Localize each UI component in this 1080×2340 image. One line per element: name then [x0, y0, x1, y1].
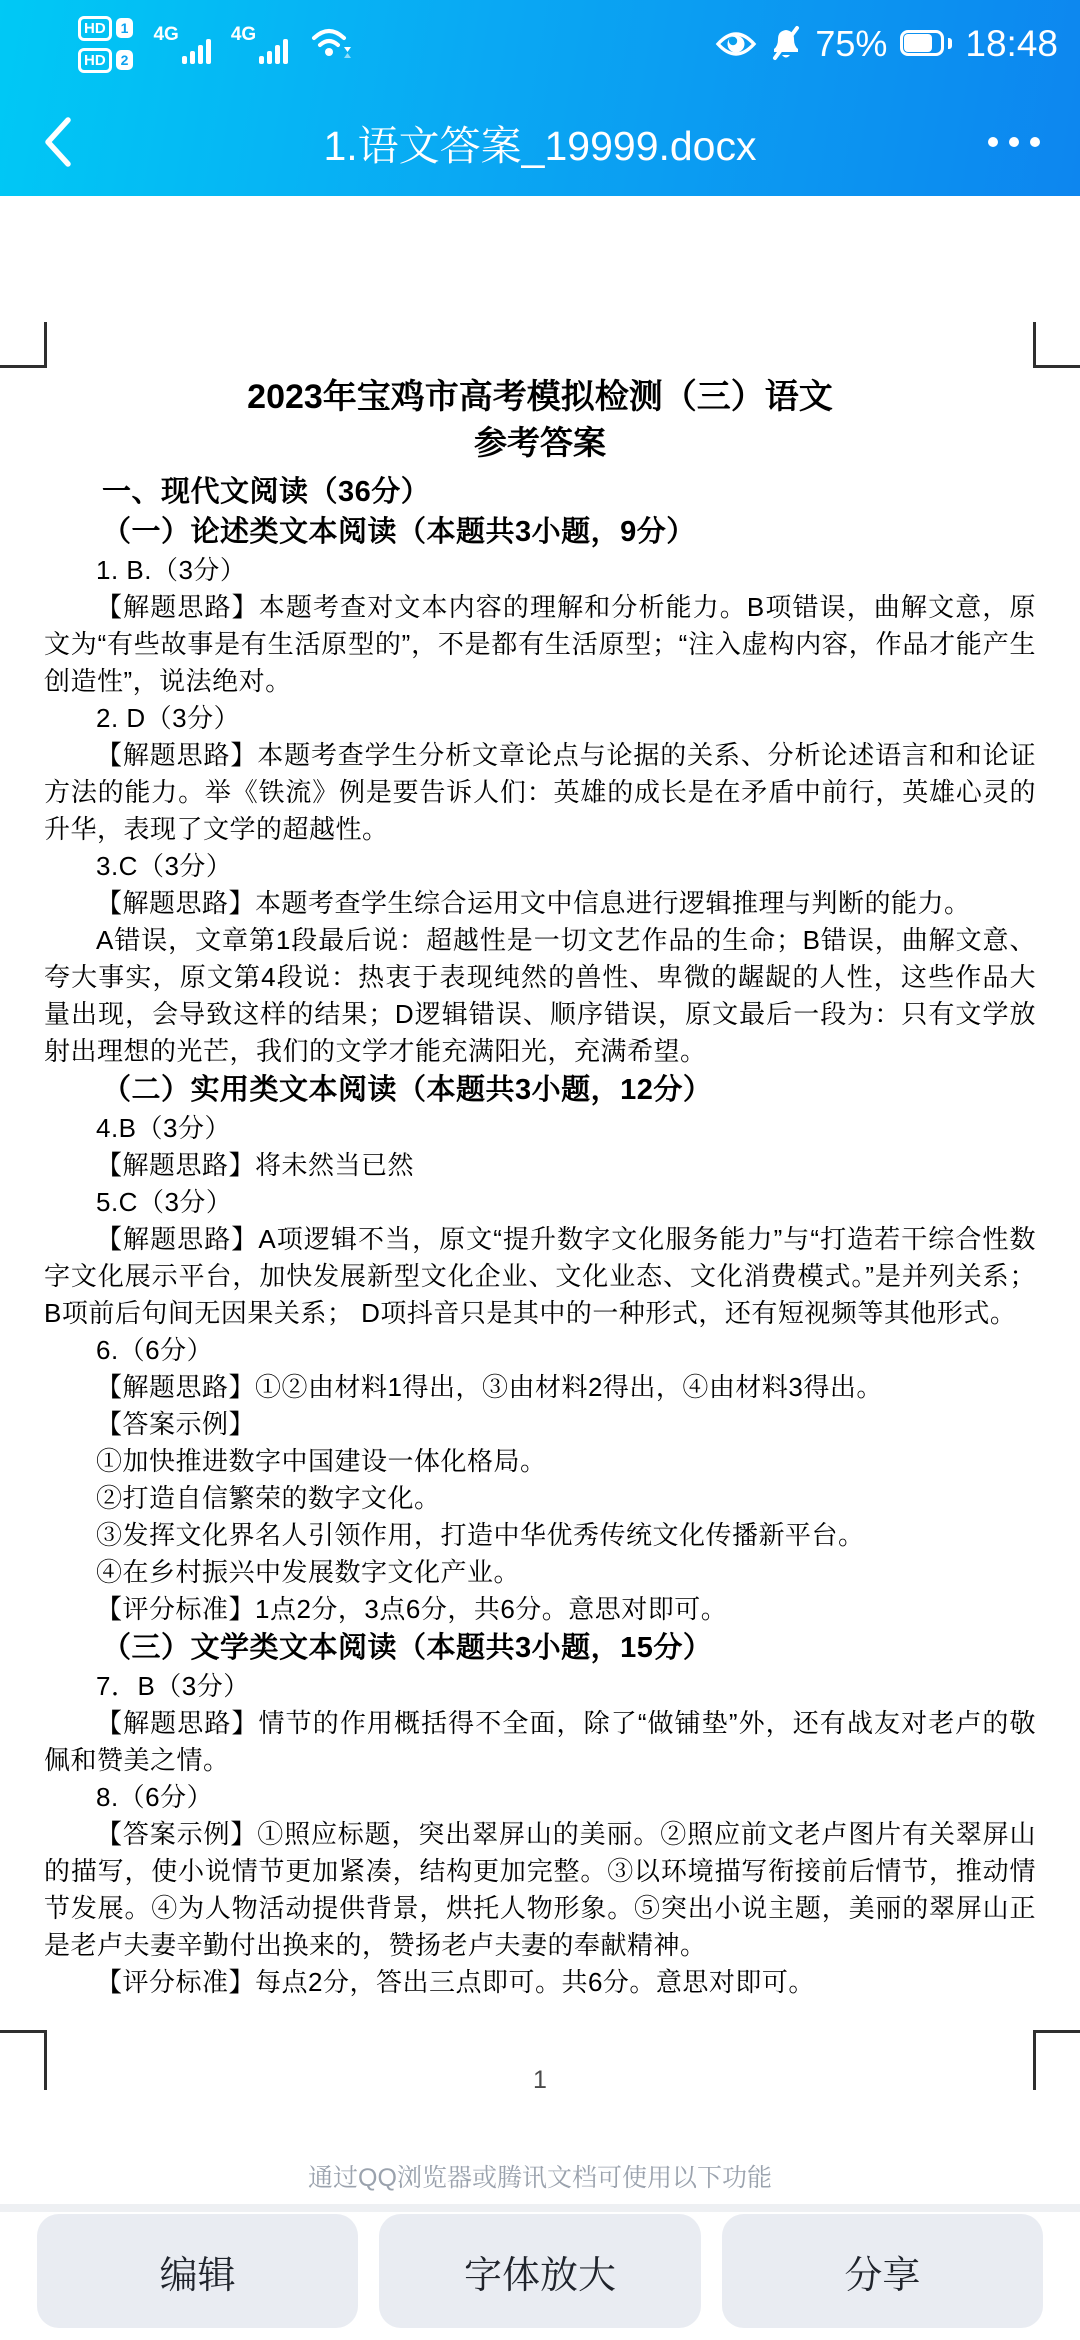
hd-volte-badges: HD 1 HD 2 — [78, 16, 133, 73]
doc-paragraph: ②打造自信繁荣的数字文化。 — [44, 1480, 1036, 1517]
status-left-cluster: HD 1 HD 2 4G 4G — [78, 16, 354, 73]
doc-subtitle: 参考答案 — [44, 420, 1036, 466]
doc-paragraph: A错误，文章第1段最后说：超越性是一切文艺作品的生命；B错误，曲解文意、夸大事实… — [44, 922, 1036, 1070]
notifications-off-icon — [766, 25, 806, 63]
hd2-badge: HD 2 — [78, 48, 133, 73]
doc-paragraph: ③发挥文化界名人引领作用，打造中华优秀传统文化传播新平台。 — [44, 1517, 1036, 1554]
doc-paragraph: 7．B（3分） — [44, 1668, 1036, 1705]
page-corner-mark-top-right — [1033, 322, 1036, 368]
doc-paragraph: 6.（6分） — [44, 1332, 1036, 1369]
back-button[interactable] — [40, 107, 100, 177]
page-corner-mark-top-right — [1033, 365, 1080, 368]
signal-sim1: 4G — [153, 24, 210, 64]
doc-paragraph: （二）实用类文本阅读（本题共3小题，12分） — [44, 1070, 1036, 1110]
status-time: 18:48 — [965, 23, 1058, 65]
document-title-bar: 1.语文答案_19999.docx — [120, 113, 960, 172]
app-header: HD 1 HD 2 4G 4G — [0, 0, 1080, 196]
hd-icon: HD — [78, 48, 112, 73]
more-options-button[interactable] — [988, 107, 1040, 177]
page-corner-mark-top-left — [0, 365, 47, 368]
doc-paragraph: 【答案示例】①照应标题，突出翠屏山的美丽。②照应前文老卢图片有关翠屏山的描写，使… — [44, 1816, 1036, 1964]
signal-bars-icon — [259, 39, 288, 64]
footer-hint-text: 通过QQ浏览器或腾讯文档可使用以下功能 — [0, 2158, 1080, 2194]
doc-paragraph: 【解题思路】本题考查对文本内容的理解和分析能力。B项错误，曲解文意，原文为“有些… — [44, 589, 1036, 700]
page-corner-mark-top-left — [44, 322, 47, 368]
network-type-label: 4G — [231, 24, 256, 46]
share-button[interactable]: 分享 — [722, 2214, 1043, 2328]
doc-paragraph: 【解题思路】本题考查学生综合运用文中信息进行逻辑推理与判断的能力。 — [44, 885, 1036, 922]
hd-icon: HD — [78, 16, 112, 41]
nav-bar: 1.语文答案_19999.docx — [0, 88, 1080, 196]
doc-paragraph: 5.C（3分） — [44, 1184, 1036, 1221]
sim1-number: 1 — [116, 18, 134, 38]
doc-paragraph: 1. B.（3分） — [44, 552, 1036, 589]
doc-paragraph: （一）论述类文本阅读（本题共3小题，9分） — [44, 512, 1036, 552]
doc-paragraph: 【评分标准】1点2分，3点6分，共6分。意思对即可。 — [44, 1591, 1036, 1628]
ellipsis-icon — [988, 137, 998, 147]
hd1-badge: HD 1 — [78, 16, 133, 41]
doc-paragraph: 3.C（3分） — [44, 848, 1036, 885]
doc-paragraph: ④在乡村振兴中发展数字文化产业。 — [44, 1554, 1036, 1591]
doc-paragraph: 【解题思路】本题考查学生分析文章论点与论据的关系、分析论述语言和和论证方法的能力… — [44, 737, 1036, 848]
battery-percent: 75% — [815, 23, 887, 65]
doc-paragraph: （三）文学类文本阅读（本题共3小题，15分） — [44, 1628, 1036, 1668]
bottom-action-bar: 编辑 字体放大 分享 — [0, 2212, 1080, 2340]
doc-title: 2023年宝鸡市高考模拟检测（三）语文 — [44, 374, 1036, 420]
edit-button[interactable]: 编辑 — [37, 2214, 358, 2328]
signal-sim2: 4G — [231, 24, 288, 64]
doc-paragraph: 【解题思路】将未然当已然 — [44, 1147, 1036, 1184]
eye-comfort-icon — [715, 27, 757, 61]
doc-paragraph: 一、现代文阅读（36分） — [44, 472, 1036, 512]
doc-paragraph: 【评分标准】每点2分，答出三点即可。共6分。意思对即可。 — [44, 1964, 1036, 2001]
doc-paragraph: 【答案示例】 — [44, 1406, 1036, 1443]
font-zoom-button[interactable]: 字体放大 — [379, 2214, 700, 2328]
page-corner-mark-bottom-left — [0, 2030, 47, 2033]
doc-paragraph: 【解题思路】①②由材料1得出，③由材料2得出，④由材料3得出。 — [44, 1369, 1036, 1406]
phone-screen: HD 1 HD 2 4G 4G — [0, 0, 1080, 2340]
chevron-left-icon — [40, 115, 74, 169]
wifi-icon — [310, 25, 354, 61]
doc-paragraph: 4.B（3分） — [44, 1110, 1036, 1147]
doc-paragraph: 2. D（3分） — [44, 700, 1036, 737]
footer-divider — [0, 2204, 1080, 2212]
page-corner-mark-bottom-right — [1033, 2030, 1080, 2033]
signal-bars-icon — [182, 39, 211, 64]
document-page[interactable]: 2023年宝鸡市高考模拟检测（三）语文 参考答案 一、现代文阅读（36分） （一… — [44, 368, 1036, 2001]
doc-paragraph: 【解题思路】A项逻辑不当，原文“提升数字文化服务能力”与“打造若干综合性数字文化… — [44, 1221, 1036, 1332]
network-type-label: 4G — [153, 24, 178, 46]
status-right-cluster: 75% 18:48 — [715, 23, 1058, 65]
page-number: 1 — [0, 2066, 1080, 2095]
doc-paragraph: 【解题思路】情节的作用概括得不全面，除了“做铺垫”外，还有战友对老卢的敬佩和赞美… — [44, 1705, 1036, 1779]
doc-paragraph: 8.（6分） — [44, 1779, 1036, 1816]
status-bar: HD 1 HD 2 4G 4G — [0, 0, 1080, 88]
doc-paragraph: ①加快推进数字中国建设一体化格局。 — [44, 1443, 1036, 1480]
sim2-number: 2 — [116, 50, 134, 70]
battery-icon — [900, 30, 952, 58]
